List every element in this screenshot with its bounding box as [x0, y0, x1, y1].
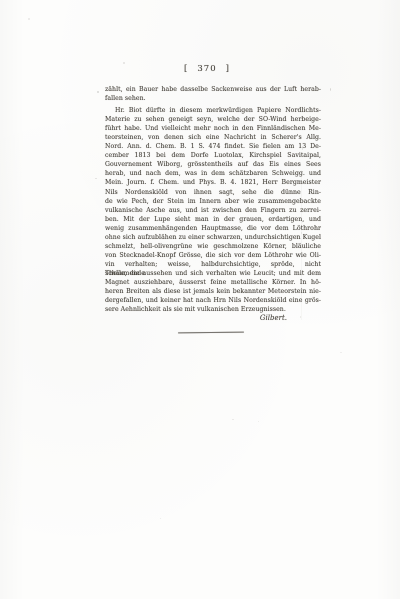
left-bracket: [ — [184, 64, 188, 74]
scan-speck — [302, 148, 303, 150]
page-number: 370 — [197, 64, 216, 74]
text-line: cember 1813 bei dem Dorfe Luotolax, Kirc… — [105, 151, 321, 160]
text-line: vulkanische Asche aus, und ist zwischen … — [105, 206, 321, 215]
scan-speck — [28, 18, 30, 20]
scan-speck — [95, 178, 97, 179]
scan-speck — [232, 419, 234, 420]
text-line: wenig zusammenhängenden Hauptmasse, die … — [105, 224, 321, 233]
text-line: de wie Pech, der Stein im Innern aber wi… — [105, 197, 321, 206]
text-line: Theile, die aussehen und sich verhalten … — [105, 269, 321, 278]
body-text: zählt, ein Bauer habe dasselbe Sackenwei… — [105, 85, 321, 314]
text-line: zählt, ein Bauer habe dasselbe Sackenwei… — [105, 85, 321, 94]
scan-speck — [160, 518, 161, 519]
text-line: führt habe. Und vielleicht mehr noch in … — [105, 124, 321, 133]
text-line: Gouvernement Wiborg, grösstentheils auf … — [105, 160, 321, 169]
text-line: Mein. Journ. f. Chem. und Phys. B. 4. 18… — [105, 178, 321, 187]
text-line: teorsteinen, von denen sich eine Nachric… — [105, 133, 321, 142]
text-line: von Stecknadel-Knopf Grösse, die sich vo… — [105, 251, 321, 260]
text-line: Nord. Ann. d. Chem. B. 1 S. 474 findet. … — [105, 142, 321, 151]
page-number-header: [370] — [105, 64, 321, 74]
right-bracket: ] — [226, 64, 230, 74]
scanned-page: [370] zählt, ein Bauer habe dasselbe Sac… — [0, 0, 400, 599]
text-line: vin verhalten; weisse, halbdurchsichtige… — [105, 260, 321, 269]
scan-speck — [97, 91, 99, 93]
scan-speck — [330, 88, 331, 91]
text-line: Magnet ausziehbare, äusserst feine metal… — [105, 278, 321, 287]
text-line: herab, und nach dem, was in dem schätzba… — [105, 169, 321, 178]
text-line: Hr. Biot dürfte in diesem merkwürdigen P… — [105, 106, 321, 115]
scan-speck — [258, 421, 259, 422]
text-line: schmelzt, hell-olivengrüne wie geschmolz… — [105, 242, 321, 251]
scan-speck — [123, 62, 125, 64]
scan-streak — [301, 170, 302, 320]
text-line: ben. Mit der Lupe sieht man in der graue… — [105, 215, 321, 224]
end-rule — [178, 332, 244, 334]
text-line: Nils Nordenskiöld von ihnen sagt, sehe d… — [105, 188, 321, 197]
text-line: dergefallen, und keiner hat nach Hrn Nil… — [105, 296, 321, 305]
text-line: Materie zu sehen geneigt seyn, welche de… — [105, 115, 321, 124]
signature: Gilbert. — [105, 314, 321, 322]
scan-speck — [340, 352, 342, 353]
text-line: fallen sehen. — [105, 94, 321, 103]
text-line: sere Aehnlichkeit als sie mit vulkanisch… — [105, 305, 321, 314]
text-line: heren Breiten als diese ist jemals kein … — [105, 287, 321, 296]
text-line: ohne sich aufzublähen zu einer schwarzen… — [105, 233, 321, 242]
